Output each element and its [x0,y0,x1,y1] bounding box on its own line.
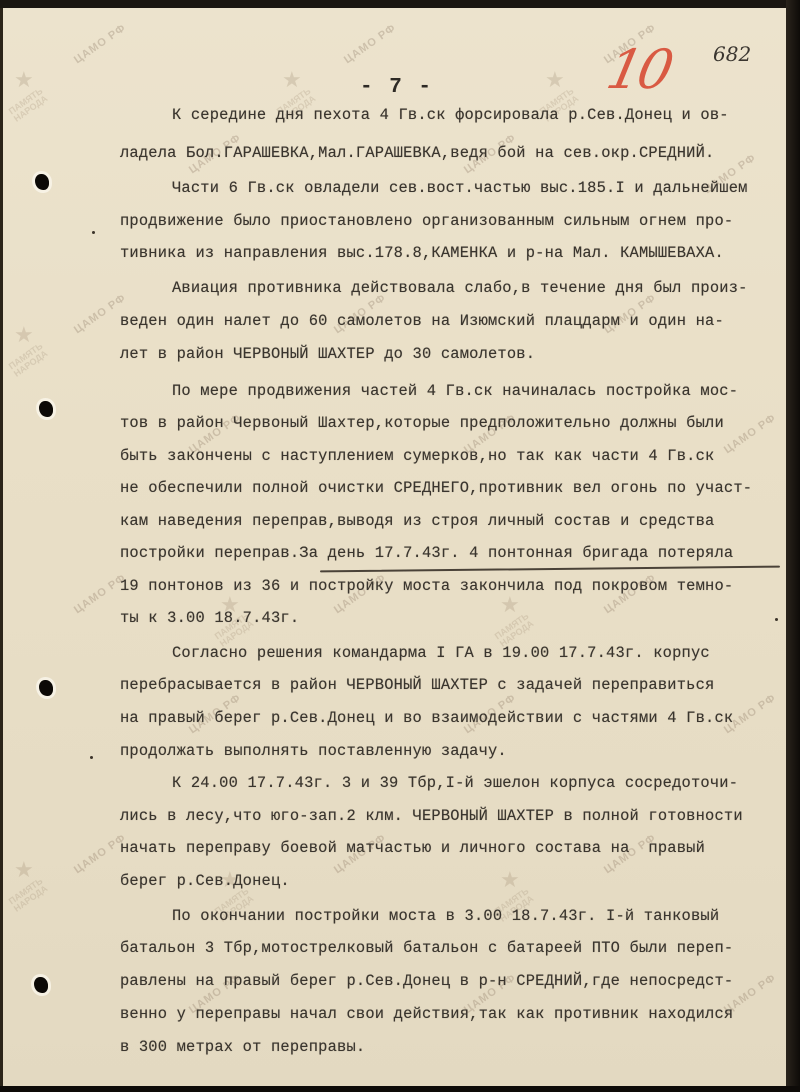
star-watermark-icon: ★ [545,68,565,93]
text-line: постройки переправ.За день 17.7.43г. 4 п… [120,544,733,562]
star-watermark-icon: ★ [500,593,520,618]
star-watermark-icon: ★ [282,68,302,93]
scan-border-right [786,0,800,1092]
watermark: ЦАМО РФ [722,412,778,456]
paper-speck [92,231,95,234]
text-line: Авиация противника действовала слабо,в т… [172,279,748,297]
text-line: Согласно решения командарма I ГА в 19.00… [172,644,710,662]
text-line: продолжать выполнять поставленную задачу… [120,742,507,760]
text-line: на правый берег р.Сев.Донец и во взаимод… [120,709,733,727]
text-line: продвижение было приостановлено организо… [120,212,733,230]
watermark: ЦАМО РФ [72,22,128,66]
text-line: По мере продвижения частей 4 Гв.ск начин… [172,382,738,400]
paper-speck [775,618,778,621]
text-line: начать переправу боевой матчастью и личн… [120,839,705,857]
page-number: - 7 - [360,76,433,99]
text-line: К 24.00 17.7.43г. 3 и 39 Тбр,I-й эшелон … [172,774,738,792]
archive-number: 682 [713,42,751,66]
text-line: тивника из направления выс.178.8,КАМЕНКА… [120,244,724,262]
document-page: ЦАМО РФ ЦАМО РФ ЦАМО РФ ЦАМО РФ ЦАМО РФ … [0,8,786,1088]
star-watermark-icon: ★ [14,858,34,883]
text-line: Части 6 Гв.ск овладели сев.вост.частью в… [172,179,748,197]
text-line: лет в район ЧЕРВОНЫЙ ШАХТЕР до 30 самоле… [120,345,535,363]
text-line: веден один налет до 60 самолетов на Изюм… [120,312,724,330]
watermark-star-label: ПАМЯТЬ НАРОДА [493,605,544,648]
text-line: кам наведения переправ,выводя из строя л… [120,512,714,530]
text-line: быть закончены с наступлением сумерков,н… [120,447,714,465]
text-line: тов в район Червоный Шахтер,которые пред… [120,414,724,432]
text-line: берег р.Сев.Донец. [120,872,290,890]
text-line: ты к 3.00 18.7.43г. [120,609,299,627]
text-line: батальон 3 Тбр,мотострелковый батальон с… [120,939,733,957]
star-watermark-icon: ★ [14,68,34,93]
watermark-star-label: ПАМЯТЬ НАРОДА [7,870,58,913]
punch-hole [35,174,49,190]
scan-border-left [0,8,3,1092]
text-line: лись в лесу,что юго-зап.2 клм. ЧЕРВОНЫЙ … [120,807,743,825]
text-line: в 300 метрах от переправы. [120,1038,365,1056]
text-line: равлены на правый берег р.Сев.Донец в р-… [120,972,733,990]
text-line: венно у переправы начал свои действия,та… [120,1005,733,1023]
pencil-underline [320,566,780,573]
paper-speck [90,756,93,759]
star-watermark-icon: ★ [14,323,34,348]
handwritten-sheet-number: 10 [601,38,675,101]
watermark-star-label: ПАМЯТЬ НАРОДА [7,335,58,378]
text-line: К середине дня пехота 4 Гв.ск форсировал… [172,106,729,124]
star-watermark-icon: ★ [500,868,520,893]
text-line: ладела Бол.ГАРАШЕВКА,Мал.ГАРАШЕВКА,ведя … [120,144,714,162]
text-line: не обеспечили полной очистки СРЕДНЕГО,пр… [120,479,752,497]
punch-hole [39,680,53,696]
text-line: 19 понтонов из 36 и постройку моста зако… [120,577,733,595]
punch-hole [39,401,53,417]
text-line: По окончании постройки моста в 3.00 18.7… [172,907,719,925]
scan-border-bottom [0,1086,800,1092]
watermark-star-label: ПАМЯТЬ НАРОДА [7,80,58,123]
watermark: ЦАМО РФ [342,22,398,66]
text-line: перебрасывается в район ЧЕРВОНЫЙ ШАХТЕР … [120,676,714,694]
punch-hole [34,977,48,993]
